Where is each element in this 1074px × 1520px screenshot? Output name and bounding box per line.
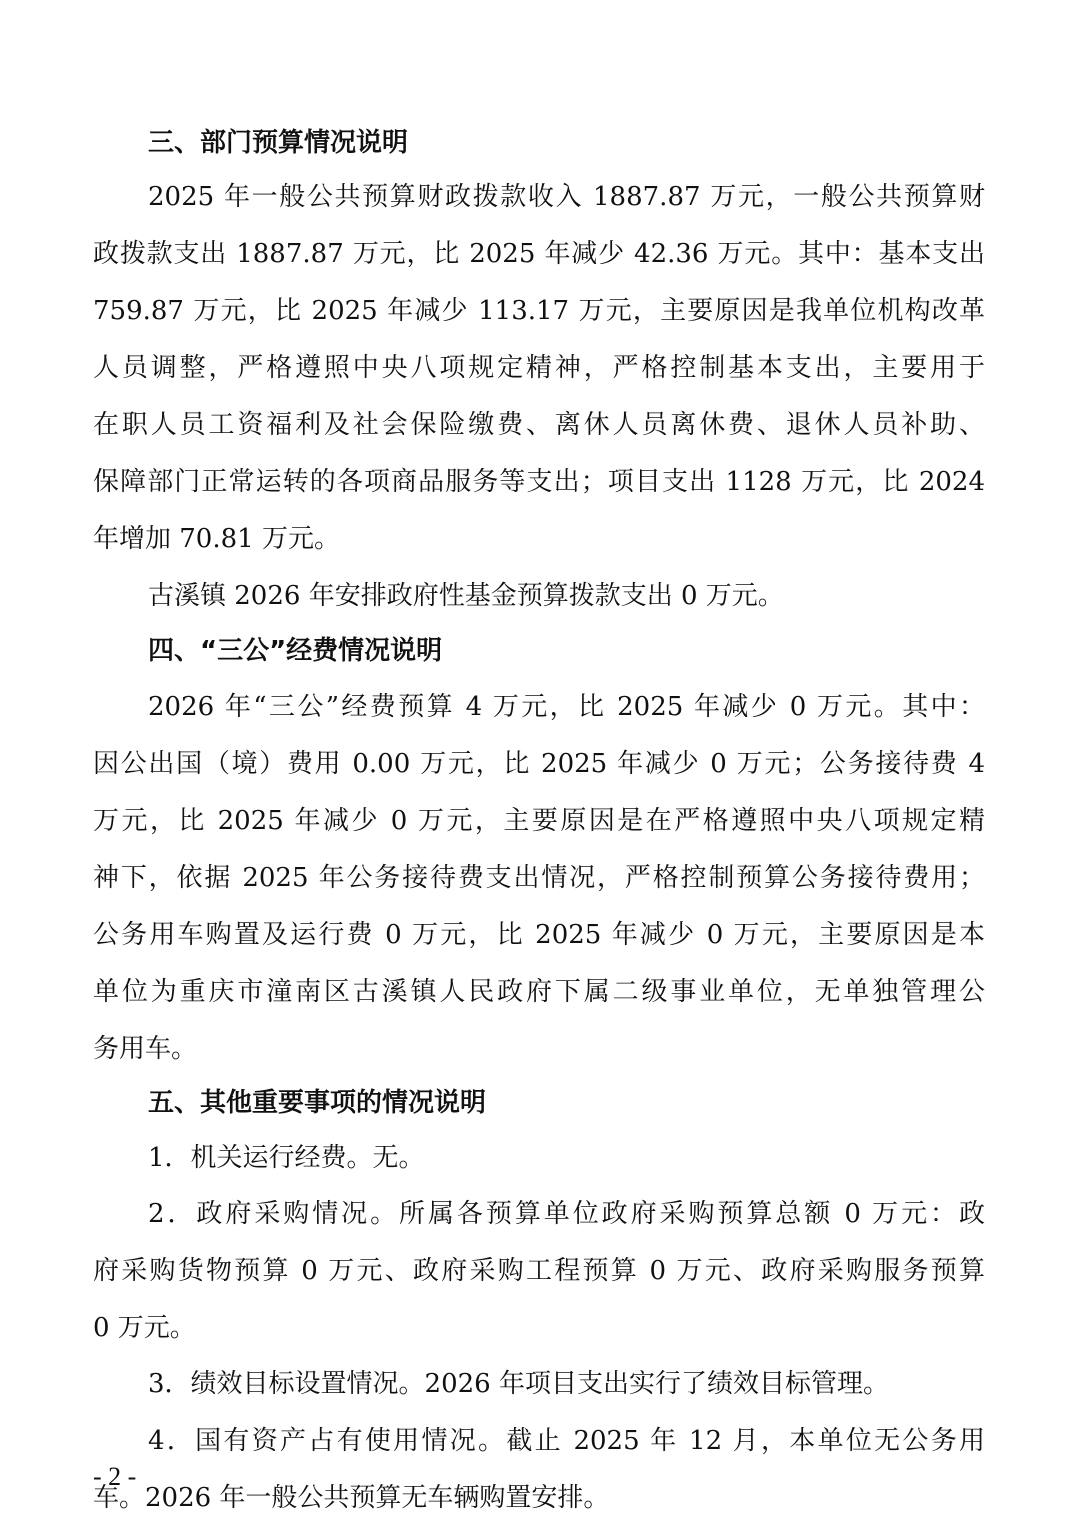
list-item-3: 3．绩效目标设置情况。2026 年项目支出实行了绩效目标管理。 [148,1369,985,1399]
paragraph-line: 因公出国（境）费用 0.00 万元，比 2025 年减少 0 万元；公务接待费 … [93,749,985,779]
page-number: - 2 - [93,1462,136,1492]
paragraph-line: 单位为重庆市潼南区古溪镇人民政府下属二级事业单位，无单独管理公 [93,977,985,1007]
paragraph-line: 务用车。 [93,1034,985,1064]
paragraph-line: 府采购货物预算 0 万元、政府采购工程预算 0 万元、政府采购服务预算 [93,1256,985,1286]
paragraph-line: 年增加 70.81 万元。 [93,524,985,554]
paragraph-line: 万元，比 2025 年减少 0 万元，主要原因是在严格遵照中央八项规定精 [93,806,985,836]
section-heading-other-matters: 五、其他重要事项的情况说明 [148,1088,985,1118]
paragraph-line: 公务用车购置及运行费 0 万元，比 2025 年减少 0 万元，主要原因是本 [93,920,985,950]
paragraph-line: 2025 年一般公共预算财政拨款收入 1887.87 万元，一般公共预算财 [148,182,985,212]
paragraph-line: 政拨款支出 1887.87 万元，比 2025 年减少 42.36 万元。其中：… [93,239,985,269]
section-heading-budget: 三、部门预算情况说明 [148,128,985,158]
list-item-2: 2．政府采购情况。所属各预算单位政府采购预算总额 0 万元：政 [148,1199,985,1229]
paragraph-line: 人员调整，严格遵照中央八项规定精神，严格控制基本支出，主要用于 [93,353,985,383]
paragraph-line: 在职人员工资福利及社会保险缴费、离休人员离休费、退休人员补助、 [93,410,985,440]
section-heading-three-public: 四、“三公”经费情况说明 [148,636,985,666]
list-item-1: 1．机关运行经费。无。 [148,1143,985,1173]
paragraph-line: 神下，依据 2025 年公务接待费支出情况，严格控制预算公务接待费用； [93,863,985,893]
paragraph-line: 保障部门正常运转的各项商品服务等支出；项目支出 1128 万元，比 2024 [93,467,985,497]
paragraph-line: 759.87 万元，比 2025 年减少 113.17 万元，主要原因是我单位机… [93,296,985,326]
list-item-4: 4．国有资产占有使用情况。截止 2025 年 12 月，本单位无公务用 [148,1426,985,1456]
paragraph-line: 0 万元。 [93,1313,985,1343]
paragraph-line: 2026 年“三公”经费预算 4 万元，比 2025 年减少 0 万元。其中： [148,692,985,722]
paragraph-line: 车。2026 年一般公共预算无车辆购置安排。 [93,1483,985,1513]
paragraph-line: 古溪镇 2026 年安排政府性基金预算拨款支出 0 万元。 [148,581,985,611]
